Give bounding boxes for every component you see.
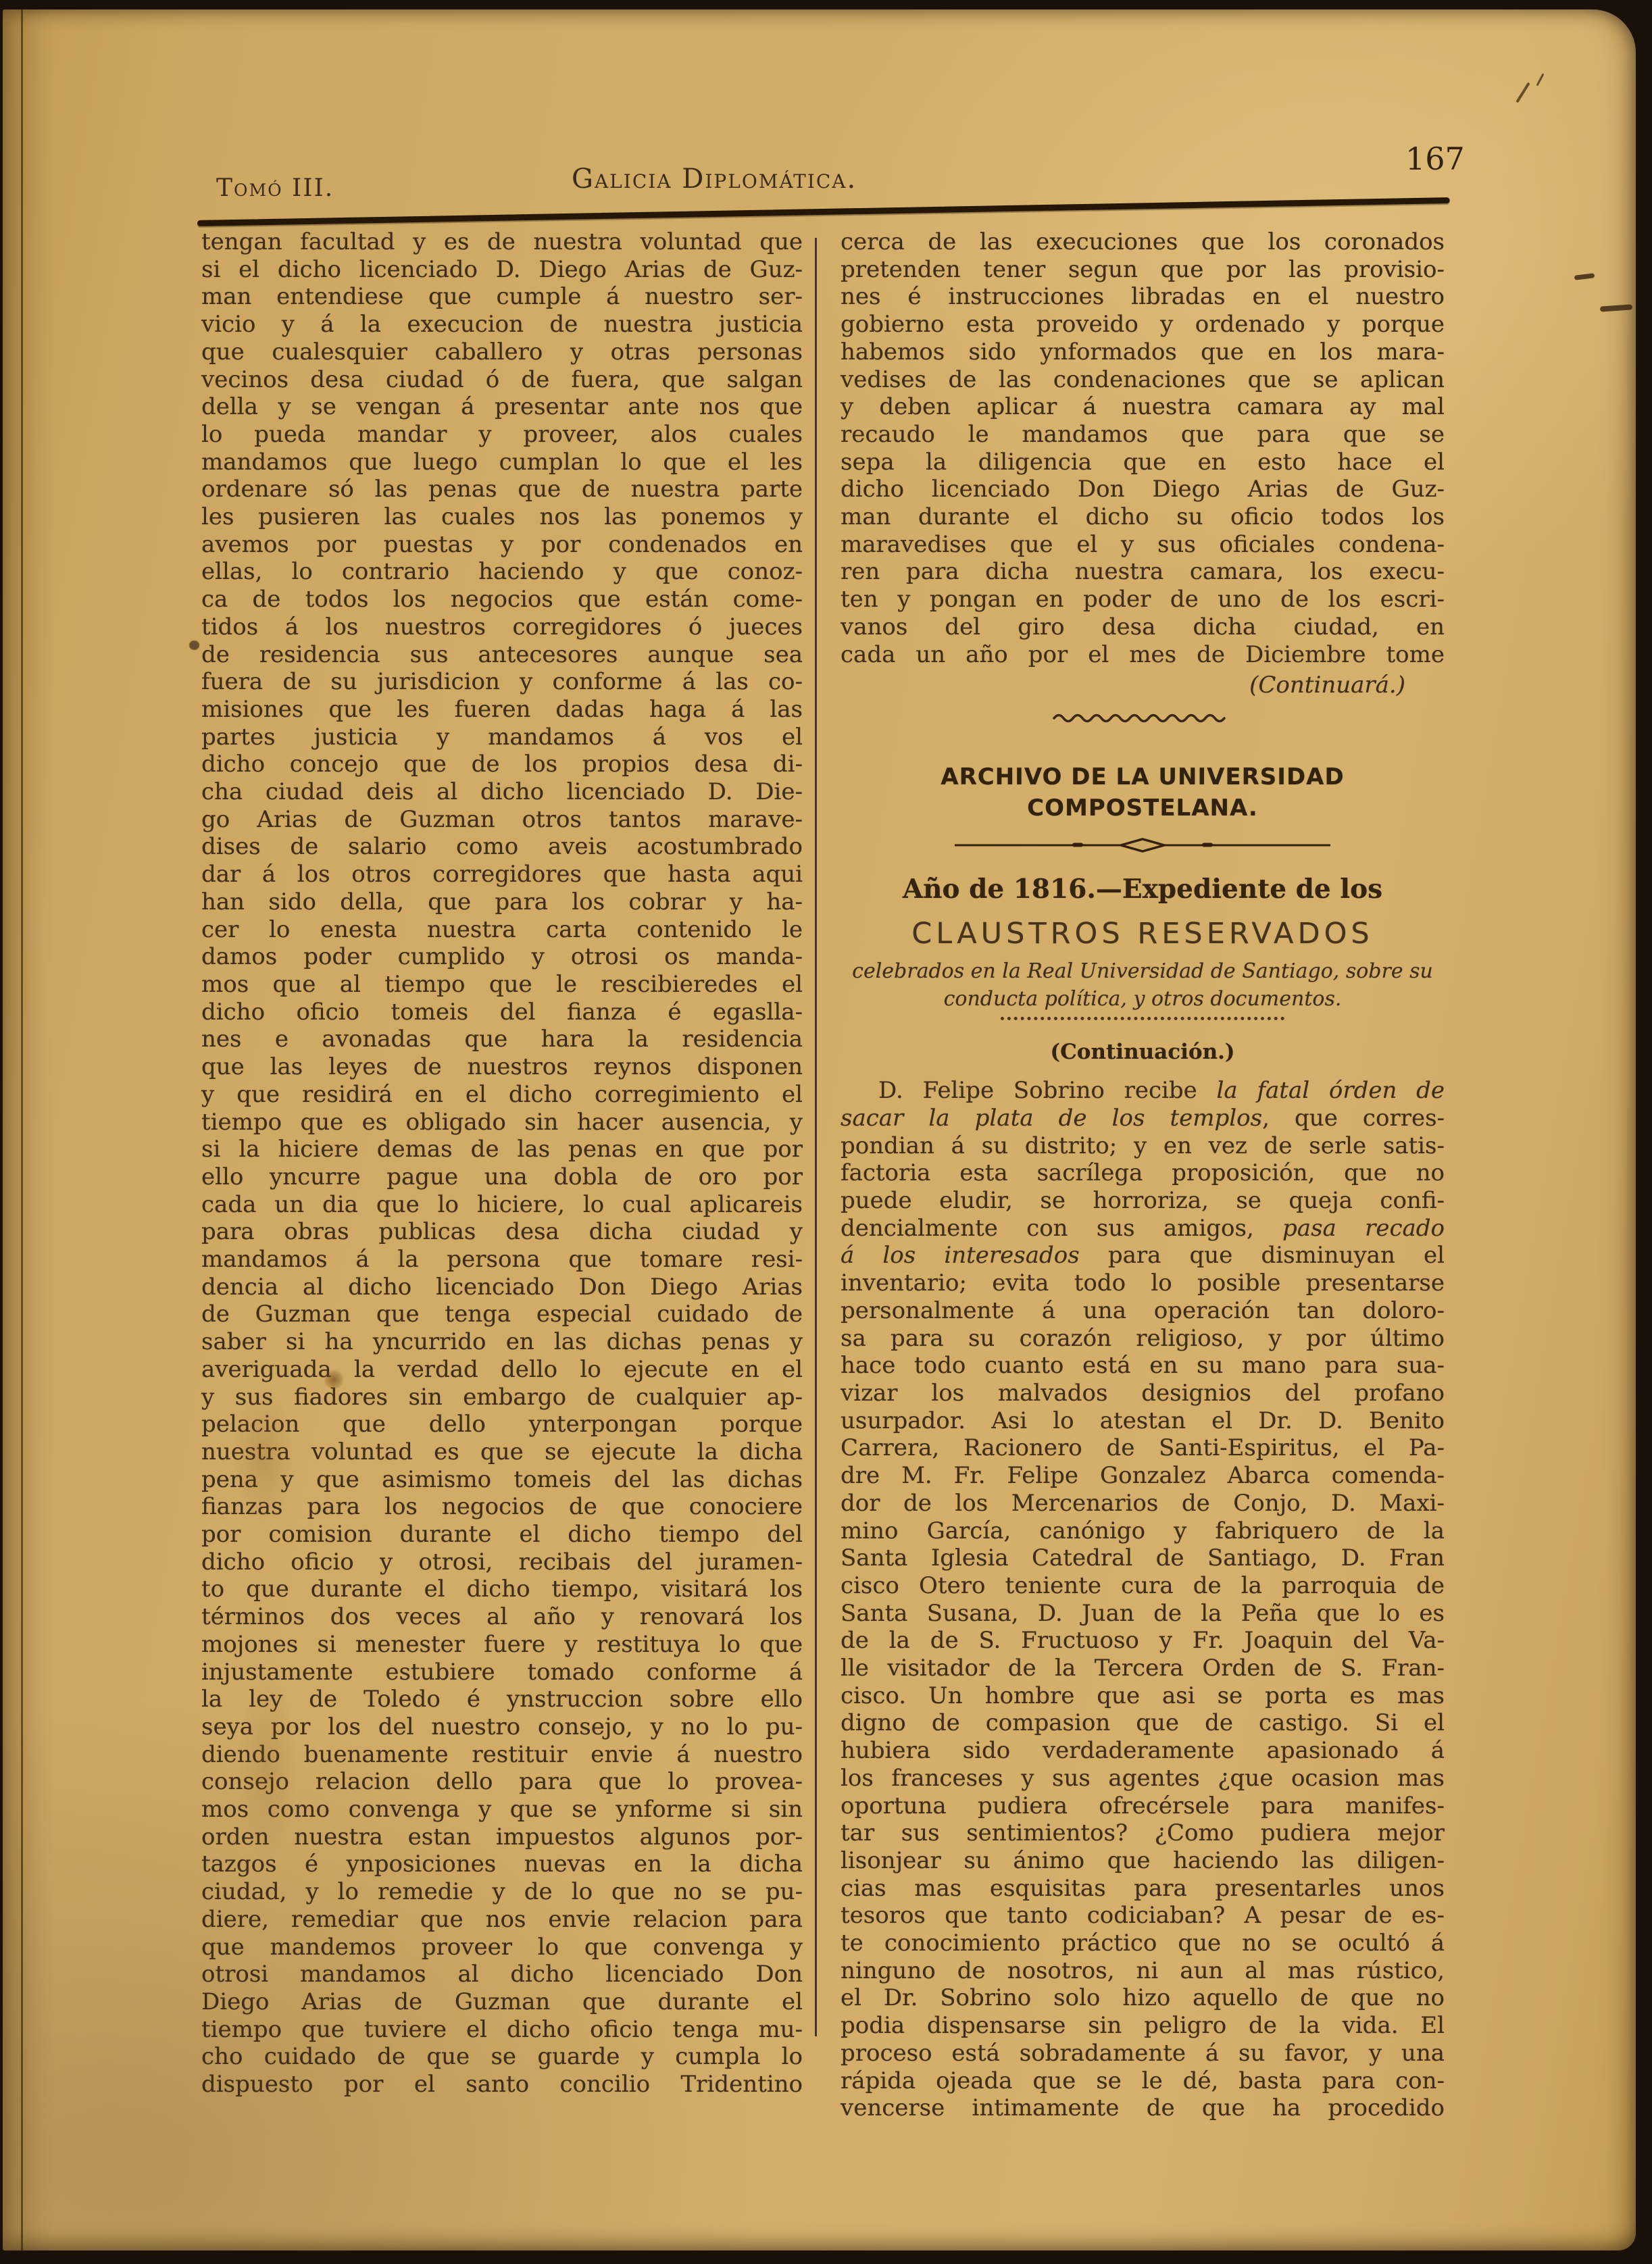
text-line: averiguada la verdad dello lo ejecute en… bbox=[201, 1356, 803, 1384]
text-line: mos como convenga y que se ynforme si si… bbox=[201, 1796, 803, 1823]
article-subtitle-line1: celebrados en la Real Universidad de San… bbox=[841, 957, 1445, 985]
text-line: pena y que asimismo tomeis del las dicha… bbox=[201, 1466, 803, 1494]
text-line: mandamos que luego cumplan lo que el les bbox=[201, 449, 803, 476]
text-line: factoria esta sacrílega proposición, que… bbox=[841, 1159, 1445, 1187]
text-line: diere, remediar que nos envie relacion p… bbox=[201, 1906, 803, 1934]
article-title-line2: CLAUSTROS RESERVADOS bbox=[841, 915, 1445, 952]
text-line: dicho concejo que de los propios desa di… bbox=[201, 751, 803, 778]
article-subtitle-line2: conducta política, y otros documentos. bbox=[841, 985, 1445, 1013]
text-line: ten y pongan en poder de uno de los escr… bbox=[841, 586, 1445, 613]
text-line: vencerse intimamente de que ha procedido bbox=[841, 2094, 1445, 2122]
text-line: dor de los Mercenarios de Conjo, D. Maxi… bbox=[841, 1490, 1445, 1517]
text-line: ca de todos los negocios que están come- bbox=[201, 586, 803, 613]
text-line: maravedises que el y sus oficiales conde… bbox=[841, 531, 1445, 559]
text-line: si el dicho licenciado D. Diego Arias de… bbox=[201, 256, 803, 284]
text-line: tar sus sentimientos? ¿Como pudiera mejo… bbox=[841, 1819, 1445, 1847]
text-line: puede eludir, se horroriza, se queja con… bbox=[841, 1187, 1445, 1215]
text-line: usurpador. Asi lo atestan el Dr. D. Beni… bbox=[841, 1407, 1445, 1435]
continuation-note: (Continuación.) bbox=[841, 1038, 1445, 1066]
text-line: habemos sido ynformados que en los mara- bbox=[841, 338, 1445, 366]
page-title: Galicia Diplomática. bbox=[572, 163, 857, 195]
text-line: mojones si menester fuere y restituya lo… bbox=[201, 1631, 803, 1659]
text-line: y deben aplicar á nuestra camara ay mal bbox=[841, 393, 1445, 421]
text-line: cer lo enesta nuestra carta contenido le bbox=[201, 916, 803, 944]
text-line: términos dos veces al año y renovará los bbox=[201, 1603, 803, 1631]
text-line: inventario; evita todo lo posible presen… bbox=[841, 1269, 1445, 1297]
text-line: orden nuestra estan impuestos algunos po… bbox=[201, 1823, 803, 1851]
text-line: para obras publicas desa dicha ciudad y bbox=[201, 1218, 803, 1246]
text-line: tiempo que es obligado sin hacer ausenci… bbox=[201, 1109, 803, 1136]
text-line: cisco. Un hombre que asi se porta es mas bbox=[841, 1682, 1445, 1710]
text-line: gobierno esta proveido y ordenado y porq… bbox=[841, 311, 1445, 338]
text-line: saber si ha yncurrido en las dichas pena… bbox=[201, 1328, 803, 1356]
text-line: que las leyes de nuestros reynos dispone… bbox=[201, 1053, 803, 1081]
text-line: damos poder cumplido y otrosi os manda- bbox=[201, 943, 803, 971]
text-line: te conocimiento práctico que no se ocult… bbox=[841, 1930, 1445, 1957]
right-column: cerca de las execuciones que los coronad… bbox=[841, 228, 1445, 2122]
text-line: el Dr. Sobrino solo hizo aquello de que … bbox=[841, 1984, 1445, 2012]
page-fold-shadow bbox=[3, 9, 65, 2250]
text-line: misiones que les fueren dadas haga á las bbox=[201, 696, 803, 724]
text-line: man entendiese que cumple á nuestro ser- bbox=[201, 283, 803, 311]
text-line: hace todo cuanto está en su mano para su… bbox=[841, 1352, 1445, 1380]
text-line: han sido della, que para los cobrar y ha… bbox=[201, 888, 803, 916]
text-line: seya por los del nuestro consejo, y no l… bbox=[201, 1713, 803, 1741]
margin-mark bbox=[1536, 73, 1544, 86]
column-divider bbox=[815, 238, 817, 2036]
text-line: man durante el dicho su oficio todos los bbox=[841, 503, 1445, 531]
text-line: la ley de Toledo é ynstruccion sobre ell… bbox=[201, 1686, 803, 1713]
section-title: ARCHIVO DE LA UNIVERSIDAD COMPOSTELANA. bbox=[841, 761, 1445, 824]
text-line: cerca de las execuciones que los coronad… bbox=[841, 228, 1445, 256]
text-line: vanos del giro desa dicha ciudad, en bbox=[841, 613, 1445, 641]
diamond-divider-icon bbox=[953, 837, 1332, 853]
text-line: vecinos desa ciudad ó de fuera, que salg… bbox=[201, 366, 803, 394]
text-line: consejo relacion dello para que lo prove… bbox=[201, 1768, 803, 1796]
text-line: otrosi mandamos al dicho licenciado Don bbox=[201, 1961, 803, 1988]
text-line: lo pueda mandar y proveer, alos cuales bbox=[201, 421, 803, 449]
volume-label: Tomó III. bbox=[216, 174, 334, 202]
text-line: podia dispensarse sin peligro de la vida… bbox=[841, 2012, 1445, 2040]
text-line: ren para dicha nuestra camara, los execu… bbox=[841, 558, 1445, 586]
text-line: lisonjear su ánimo que haciendo las dili… bbox=[841, 1847, 1445, 1875]
text-line: vizar los malvados designios del profano bbox=[841, 1380, 1445, 1407]
text-line: go Arias de Guzman otros tantos marave- bbox=[201, 806, 803, 834]
text-line: tidos á los nuestros corregidores ó juec… bbox=[201, 613, 803, 641]
text-line: dar á los otros corregidores que hasta a… bbox=[201, 861, 803, 888]
text-line: proceso está sobradamente á su favor, y … bbox=[841, 2040, 1445, 2067]
margin-mark bbox=[1574, 273, 1595, 280]
text-line: Santa Iglesia Catedral de Santiago, D. F… bbox=[841, 1544, 1445, 1572]
text-line: dencia al dicho licenciado Don Diego Ari… bbox=[201, 1274, 803, 1301]
text-line: dencialmente con sus amigos, pasa recado bbox=[841, 1215, 1445, 1242]
text-line: dicho oficio tomeis del fianza é egaslla… bbox=[201, 999, 803, 1026]
text-line: y que residirá en el dicho corregimiento… bbox=[201, 1081, 803, 1109]
text-line: tazgos é ynposiciones nuevas en la dicha bbox=[201, 1851, 803, 1878]
text-line: mandamos á la persona que tomare resi- bbox=[201, 1246, 803, 1274]
page-fold-line bbox=[21, 9, 23, 2250]
left-column-text: tengan facultad y es de nuestra voluntad… bbox=[201, 228, 803, 2098]
text-line: fianzas para los negocios de que conocie… bbox=[201, 1493, 803, 1521]
text-line: dre M. Fr. Felipe Gonzalez Abarca comend… bbox=[841, 1462, 1445, 1490]
text-line: cada un dia que lo hiciere, lo cual apli… bbox=[201, 1191, 803, 1219]
text-line: de Guzman que tenga especial cuidado de bbox=[201, 1301, 803, 1328]
text-line: digno de compasion que de castigo. Si el bbox=[841, 1709, 1445, 1737]
text-line: sacar la plata de los templos, que corre… bbox=[841, 1105, 1445, 1132]
scanned-page: Tomó III. Galicia Diplomática. 167 tenga… bbox=[3, 9, 1636, 2250]
text-line: avemos por puestas y por condenados en bbox=[201, 531, 803, 559]
text-line: pretenden tener segun que por las provis… bbox=[841, 256, 1445, 284]
margin-mark bbox=[1516, 82, 1530, 103]
text-line: pelacion que dello ynterpongan porque bbox=[201, 1411, 803, 1438]
text-line: ninguno de nosotros, ni aun al mas rústi… bbox=[841, 1957, 1445, 1985]
text-line: cisco Otero teniente cura de la parroqui… bbox=[841, 1572, 1445, 1600]
text-line: ello yncurre pague una dobla de oro por bbox=[201, 1163, 803, 1191]
margin-mark bbox=[1600, 304, 1632, 311]
article-title-line1: Año de 1816.—Expediente de los bbox=[841, 872, 1445, 906]
text-line: si la hiciere demas de las penas en que … bbox=[201, 1136, 803, 1163]
text-line: tiempo que tuviere el dicho oficio tenga… bbox=[201, 2016, 803, 2044]
text-line: Carrera, Racionero de Santi-Espiritus, e… bbox=[841, 1434, 1445, 1462]
text-line: Diego Arias de Guzman que durante el bbox=[201, 1988, 803, 2016]
text-line: dicho licenciado Don Diego Arias de Guz- bbox=[841, 476, 1445, 503]
text-line: cada un año por el mes de Diciembre tome bbox=[841, 641, 1445, 669]
text-line: to que durante el dicho tiempo, visitará… bbox=[201, 1576, 803, 1603]
text-line: dicho oficio y otrosi, recibais del jura… bbox=[201, 1549, 803, 1576]
text-line: ellas, lo contrario haciendo y que conoz… bbox=[201, 558, 803, 586]
text-line: sa para su corazón religioso, y por últi… bbox=[841, 1325, 1445, 1353]
text-line: cias mas esquisitas para presentarles un… bbox=[841, 1875, 1445, 1903]
text-line: que mandemos proveer lo que convenga y bbox=[201, 1934, 803, 1961]
text-line: los franceses y sus agentes ¿que ocasion… bbox=[841, 1765, 1445, 1792]
text-line: les pusieren las cuales nos las ponemos … bbox=[201, 503, 803, 531]
text-line: tesoros que tanto codiciaban? A pesar de… bbox=[841, 1902, 1445, 1930]
text-line: recaudo le mandamos que para que se bbox=[841, 421, 1445, 449]
text-line: hubiera sido verdaderamente apasionado á bbox=[841, 1737, 1445, 1765]
left-column: tengan facultad y es de nuestra voluntad… bbox=[201, 228, 803, 2098]
text-line: personalmente á una operación tan doloro… bbox=[841, 1297, 1445, 1325]
right-column-text-top: cerca de las execuciones que los coronad… bbox=[841, 228, 1445, 668]
text-line: nuestra voluntad es que se ejecute la di… bbox=[201, 1438, 803, 1466]
text-line: injustamente estubiere tomado conforme á bbox=[201, 1659, 803, 1686]
text-line: dispuesto por el santo concilio Tridenti… bbox=[201, 2071, 803, 2098]
text-line: vedises de las condenaciones que se apli… bbox=[841, 366, 1445, 394]
text-line: nes é instrucciones libradas en el nuest… bbox=[841, 283, 1445, 311]
text-line: Santa Susana, D. Juan de la Peña que lo … bbox=[841, 1600, 1445, 1628]
text-line: partes justicia y mandamos á vos el bbox=[201, 724, 803, 751]
text-line: della y se vengan á presentar ante nos q… bbox=[201, 393, 803, 421]
text-line: tengan facultad y es de nuestra voluntad… bbox=[201, 228, 803, 256]
right-column-text-body: D. Felipe Sobrino recibe la fatal órden … bbox=[841, 1077, 1445, 2122]
dotted-divider bbox=[1001, 1015, 1284, 1020]
text-line: nes e avonadas que hara la residencia bbox=[201, 1026, 803, 1053]
margin-mark bbox=[189, 640, 199, 650]
text-line: sepa la diligencia que en esto hace el bbox=[841, 449, 1445, 476]
text-line: fuera de su jurisdicion y conforme á las… bbox=[201, 668, 803, 696]
text-line: vicio y á la execucion de nuestra justic… bbox=[201, 311, 803, 338]
text-line: lle visitador de la Tercera Orden de S. … bbox=[841, 1655, 1445, 1682]
text-line: cho cuidado de que se guarde y cumpla lo bbox=[201, 2043, 803, 2071]
text-line: á los interesados para que disminuyan el bbox=[841, 1242, 1445, 1269]
page-number: 167 bbox=[1405, 141, 1465, 177]
text-line: de la de S. Fructuoso y Fr. Joaquin del … bbox=[841, 1627, 1445, 1655]
text-line: oportuna pudiera ofrecérsele para manife… bbox=[841, 1792, 1445, 1820]
text-line: ordenare só las penas que de nuestra par… bbox=[201, 476, 803, 503]
header-rule bbox=[197, 197, 1450, 226]
text-line: D. Felipe Sobrino recibe la fatal órden … bbox=[841, 1077, 1445, 1105]
text-line: pondian á su distrito; y en vez de serle… bbox=[841, 1132, 1445, 1160]
text-line: rápida ojeada que se le dé, basta para c… bbox=[841, 2067, 1445, 2095]
text-line: por comision durante el dicho tiempo del bbox=[201, 1521, 803, 1549]
text-line: mos que al tiempo que le rescibieredes e… bbox=[201, 971, 803, 999]
text-line: diendo buenamente restituir envie á nues… bbox=[201, 1741, 803, 1769]
text-line: ciudad, y lo remedie y de lo que no se p… bbox=[201, 1878, 803, 1906]
wavy-divider-icon bbox=[1052, 711, 1233, 724]
text-line: dises de salario como aveis acostumbrado bbox=[201, 833, 803, 861]
scanned-page-background: { "page": { "header": { "volume": "Tomó … bbox=[0, 0, 1652, 2264]
text-line: que cualesquier caballero y otras person… bbox=[201, 338, 803, 366]
text-line: mino García, canónigo y fabriquero de la bbox=[841, 1517, 1445, 1545]
text-line: cha ciudad deis al dicho licenciado D. D… bbox=[201, 778, 803, 806]
text-line: y sus fiadores sin embargo de cualquier … bbox=[201, 1384, 803, 1411]
to-be-continued-note: (Continuará.) bbox=[841, 671, 1445, 699]
text-line: de residencia sus antecesores aunque sea bbox=[201, 641, 803, 669]
